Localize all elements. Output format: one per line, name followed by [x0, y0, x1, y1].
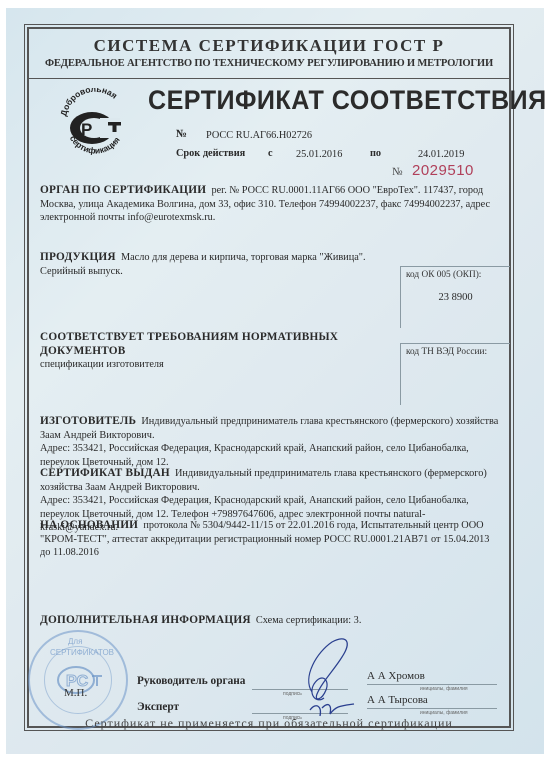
additional-info-section: ДОПОЛНИТЕЛЬНАЯ ИНФОРМАЦИЯ Схема сертифик…	[40, 614, 500, 628]
conformity-text: спецификации изготовителя	[40, 358, 400, 372]
system-title: СИСТЕМА СЕРТИФИКАЦИИ ГОСТ Р	[27, 36, 511, 56]
valid-to-label: по	[370, 148, 381, 159]
tnved-code-box: код ТН ВЭД России:	[400, 343, 510, 405]
manufacturer-section: ИЗГОТОВИТЕЛЬ Индивидуальный предпринимат…	[40, 415, 500, 469]
header-divider	[27, 78, 511, 79]
validity-label: Срок действия	[176, 148, 245, 159]
valid-from-label: с	[268, 148, 273, 159]
tnved-code-label: код ТН ВЭД России:	[401, 344, 510, 357]
blank-number-label: №	[392, 166, 403, 178]
product-label: ПРОДУКЦИЯ	[40, 251, 116, 263]
stamp-text-mid: СЕРТИФИКАТОВ	[50, 648, 114, 657]
expert-name-line	[367, 708, 497, 709]
agency-name: ФЕДЕРАЛЬНОЕ АГЕНТСТВО ПО ТЕХНИЧЕСКОМУ РЕ…	[27, 58, 511, 69]
certification-body-section: ОРГАН ПО СЕРТИФИКАЦИИ рег. № РОСС RU.000…	[40, 184, 500, 225]
product-section: ПРОДУКЦИЯ Масло для дерева и кирпича, то…	[40, 251, 390, 278]
head-name: А А Хромов	[367, 670, 425, 682]
head-of-body-label: Руководитель органа	[137, 675, 245, 687]
cert-number-label: №	[176, 128, 187, 140]
issued-to-label: СЕРТИФИКАТ ВЫДАН	[40, 467, 170, 479]
rst-voluntary-certification-logo-icon: Добровольная сертификация P	[56, 88, 134, 160]
basis-section: НА ОСНОВАНИИ протокола № 5304/9442-11/15…	[40, 519, 500, 560]
expert-label: Эксперт	[137, 701, 179, 713]
svg-text:P: P	[81, 120, 92, 139]
additional-info-label: ДОПОЛНИТЕЛЬНАЯ ИНФОРМАЦИЯ	[40, 614, 251, 626]
head-name-caption: инициалы, фамилия	[420, 686, 468, 692]
conformity-label: СООТВЕТСТВУЕТ ТРЕБОВАНИЯМ НОРМАТИВНЫХ ДО…	[40, 331, 400, 358]
manufacturer-address: Адрес: 353421, Российская Федерация, Кра…	[40, 442, 500, 469]
additional-info-text: Схема сертификации: 3.	[256, 615, 362, 626]
handwritten-signature	[292, 632, 362, 722]
basis-label: НА ОСНОВАНИИ	[40, 519, 138, 531]
okp-code-label: код ОК 005 (ОКП):	[401, 267, 510, 280]
stamp-place-label: М.П.	[64, 687, 87, 699]
head-name-line	[367, 684, 497, 685]
footer-note: Сертификат не применяется при обязательн…	[27, 716, 511, 731]
okp-code-value: 23 8900	[401, 292, 510, 303]
manufacturer-label: ИЗГОТОВИТЕЛЬ	[40, 415, 136, 427]
blank-serial-number: 2029510	[412, 162, 474, 179]
valid-to: 24.01.2019	[418, 149, 464, 160]
document-title: СЕРТИФИКАТ СООТВЕТСТВИЯ	[148, 85, 547, 116]
expert-name: А А Тырсова	[367, 694, 428, 706]
certification-body-label: ОРГАН ПО СЕРТИФИКАЦИИ	[40, 184, 206, 196]
conformity-section: СООТВЕТСТВУЕТ ТРЕБОВАНИЯМ НОРМАТИВНЫХ ДО…	[40, 331, 400, 372]
valid-from: 25.01.2016	[296, 149, 342, 160]
okp-code-box: код ОК 005 (ОКП): 23 8900	[400, 266, 510, 328]
stamp-text-top: Для	[68, 637, 82, 646]
cert-number: РОСС RU.АГ66.Н02726	[206, 130, 312, 141]
